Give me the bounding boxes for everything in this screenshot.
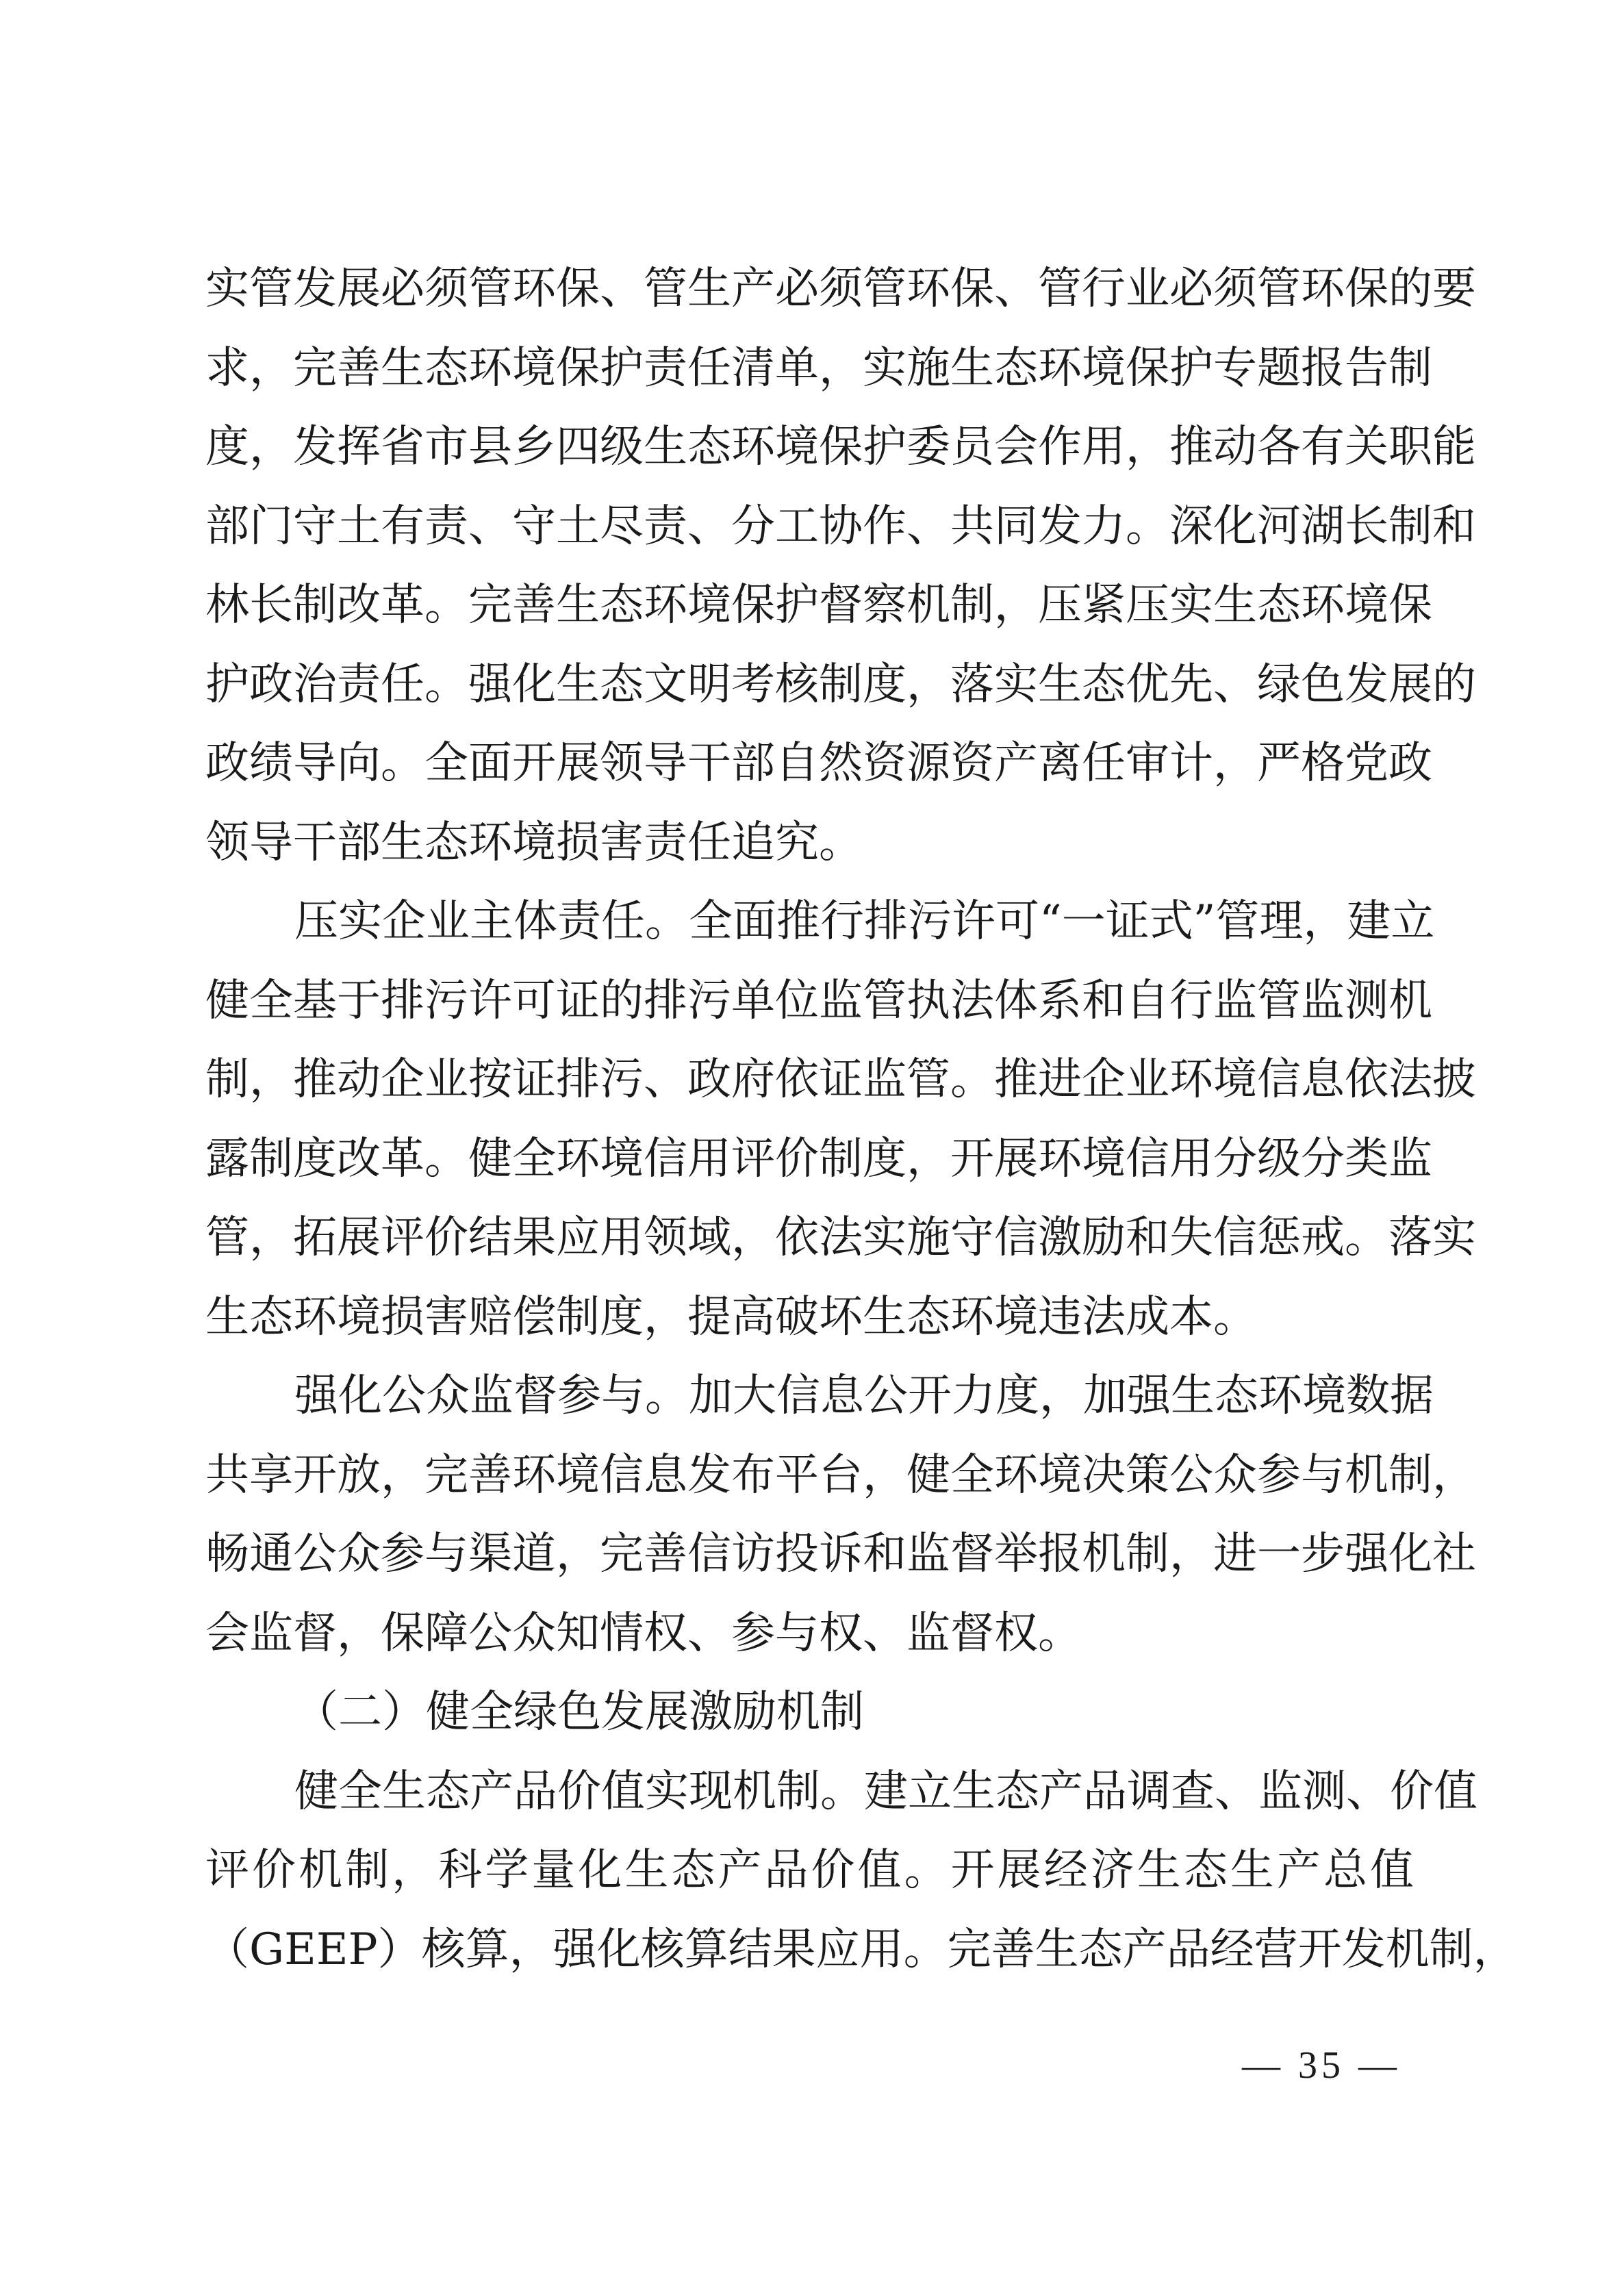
text-line: 压实企业主体责任。全面推行排污许可“一证式”管理，建立: [205, 882, 1414, 962]
text-line: 领导干部生态环境损害责任追究。: [205, 804, 1414, 883]
section-heading: （二）健全绿色发展激励机制: [205, 1673, 1414, 1753]
paragraph-continuation: 实管发展必须管环保、管生产必须管环保、管行业必须管环保的要 求，完善生态环境保护…: [205, 250, 1414, 882]
text-line: （GEEP）核算，强化核算结果应用。完善生态产品经营开发机制，: [205, 1911, 1414, 1990]
text-line: 政绩导向。全面开展领导干部自然资源资产离任审计，严格党政: [205, 724, 1414, 804]
text-line: 畅通公众参与渠道，完善信访投诉和监督举报机制，进一步强化社: [205, 1515, 1414, 1594]
heading-text: （二）健全绿色发展激励机制: [205, 1673, 1414, 1753]
paragraph-enterprise-responsibility: 压实企业主体责任。全面推行排污许可“一证式”管理，建立 健全基于排污许可证的排污…: [205, 882, 1414, 1357]
text-line: 生态环境损害赔偿制度，提高破坏生态环境违法成本。: [205, 1278, 1414, 1358]
text-line: 会监督，保障公众知情权、参与权、监督权。: [205, 1594, 1414, 1674]
paragraph-public-supervision: 强化公众监督参与。加大信息公开力度，加强生态环境数据 共享开放，完善环境信息发布…: [205, 1357, 1414, 1673]
paragraph-ecological-product-value: 健全生态产品价值实现机制。建立生态产品调查、监测、价值 评价机制，科学量化生态产…: [205, 1753, 1414, 1990]
text-line: 健全基于排污许可证的排污单位监管执法体系和自行监管监测机: [205, 962, 1414, 1041]
text-line: 度，发挥省市县乡四级生态环境保护委员会作用，推动各有关职能: [205, 408, 1414, 487]
text-line: 健全生态产品价值实现机制。建立生态产品调查、监测、价值: [205, 1753, 1414, 1832]
text-line: 评价机制，科学量化生态产品价值。开展经济生态生产总值: [205, 1831, 1414, 1911]
text-line: 林长制改革。完善生态环境保护督察机制，压紧压实生态环境保: [205, 566, 1414, 646]
text-line: 共享开放，完善环境信息发布平台，健全环境决策公众参与机制，: [205, 1436, 1414, 1516]
text-line: 求，完善生态环境保护责任清单，实施生态环境保护专题报告制: [205, 329, 1414, 409]
document-body: 实管发展必须管环保、管生产必须管环保、管行业必须管环保的要 求，完善生态环境保护…: [205, 250, 1414, 1989]
text-line: 制，推动企业按证排污、政府依证监管。推进企业环境信息依法披: [205, 1041, 1414, 1120]
text-line: 护政治责任。强化生态文明考核制度，落实生态优先、绿色发展的: [205, 646, 1414, 725]
text-line: 管，拓展评价结果应用领域，依法实施守信激励和失信惩戒。落实: [205, 1199, 1414, 1278]
page-number: — 35 —: [1232, 2044, 1410, 2087]
text-line: 强化公众监督参与。加大信息公开力度，加强生态环境数据: [205, 1357, 1414, 1436]
text-line: 实管发展必须管环保、管生产必须管环保、管行业必须管环保的要: [205, 250, 1414, 329]
text-line: 露制度改革。健全环境信用评价制度，开展环境信用分级分类监: [205, 1120, 1414, 1199]
text-line: 部门守土有责、守土尽责、分工协作、共同发力。深化河湖长制和: [205, 487, 1414, 567]
